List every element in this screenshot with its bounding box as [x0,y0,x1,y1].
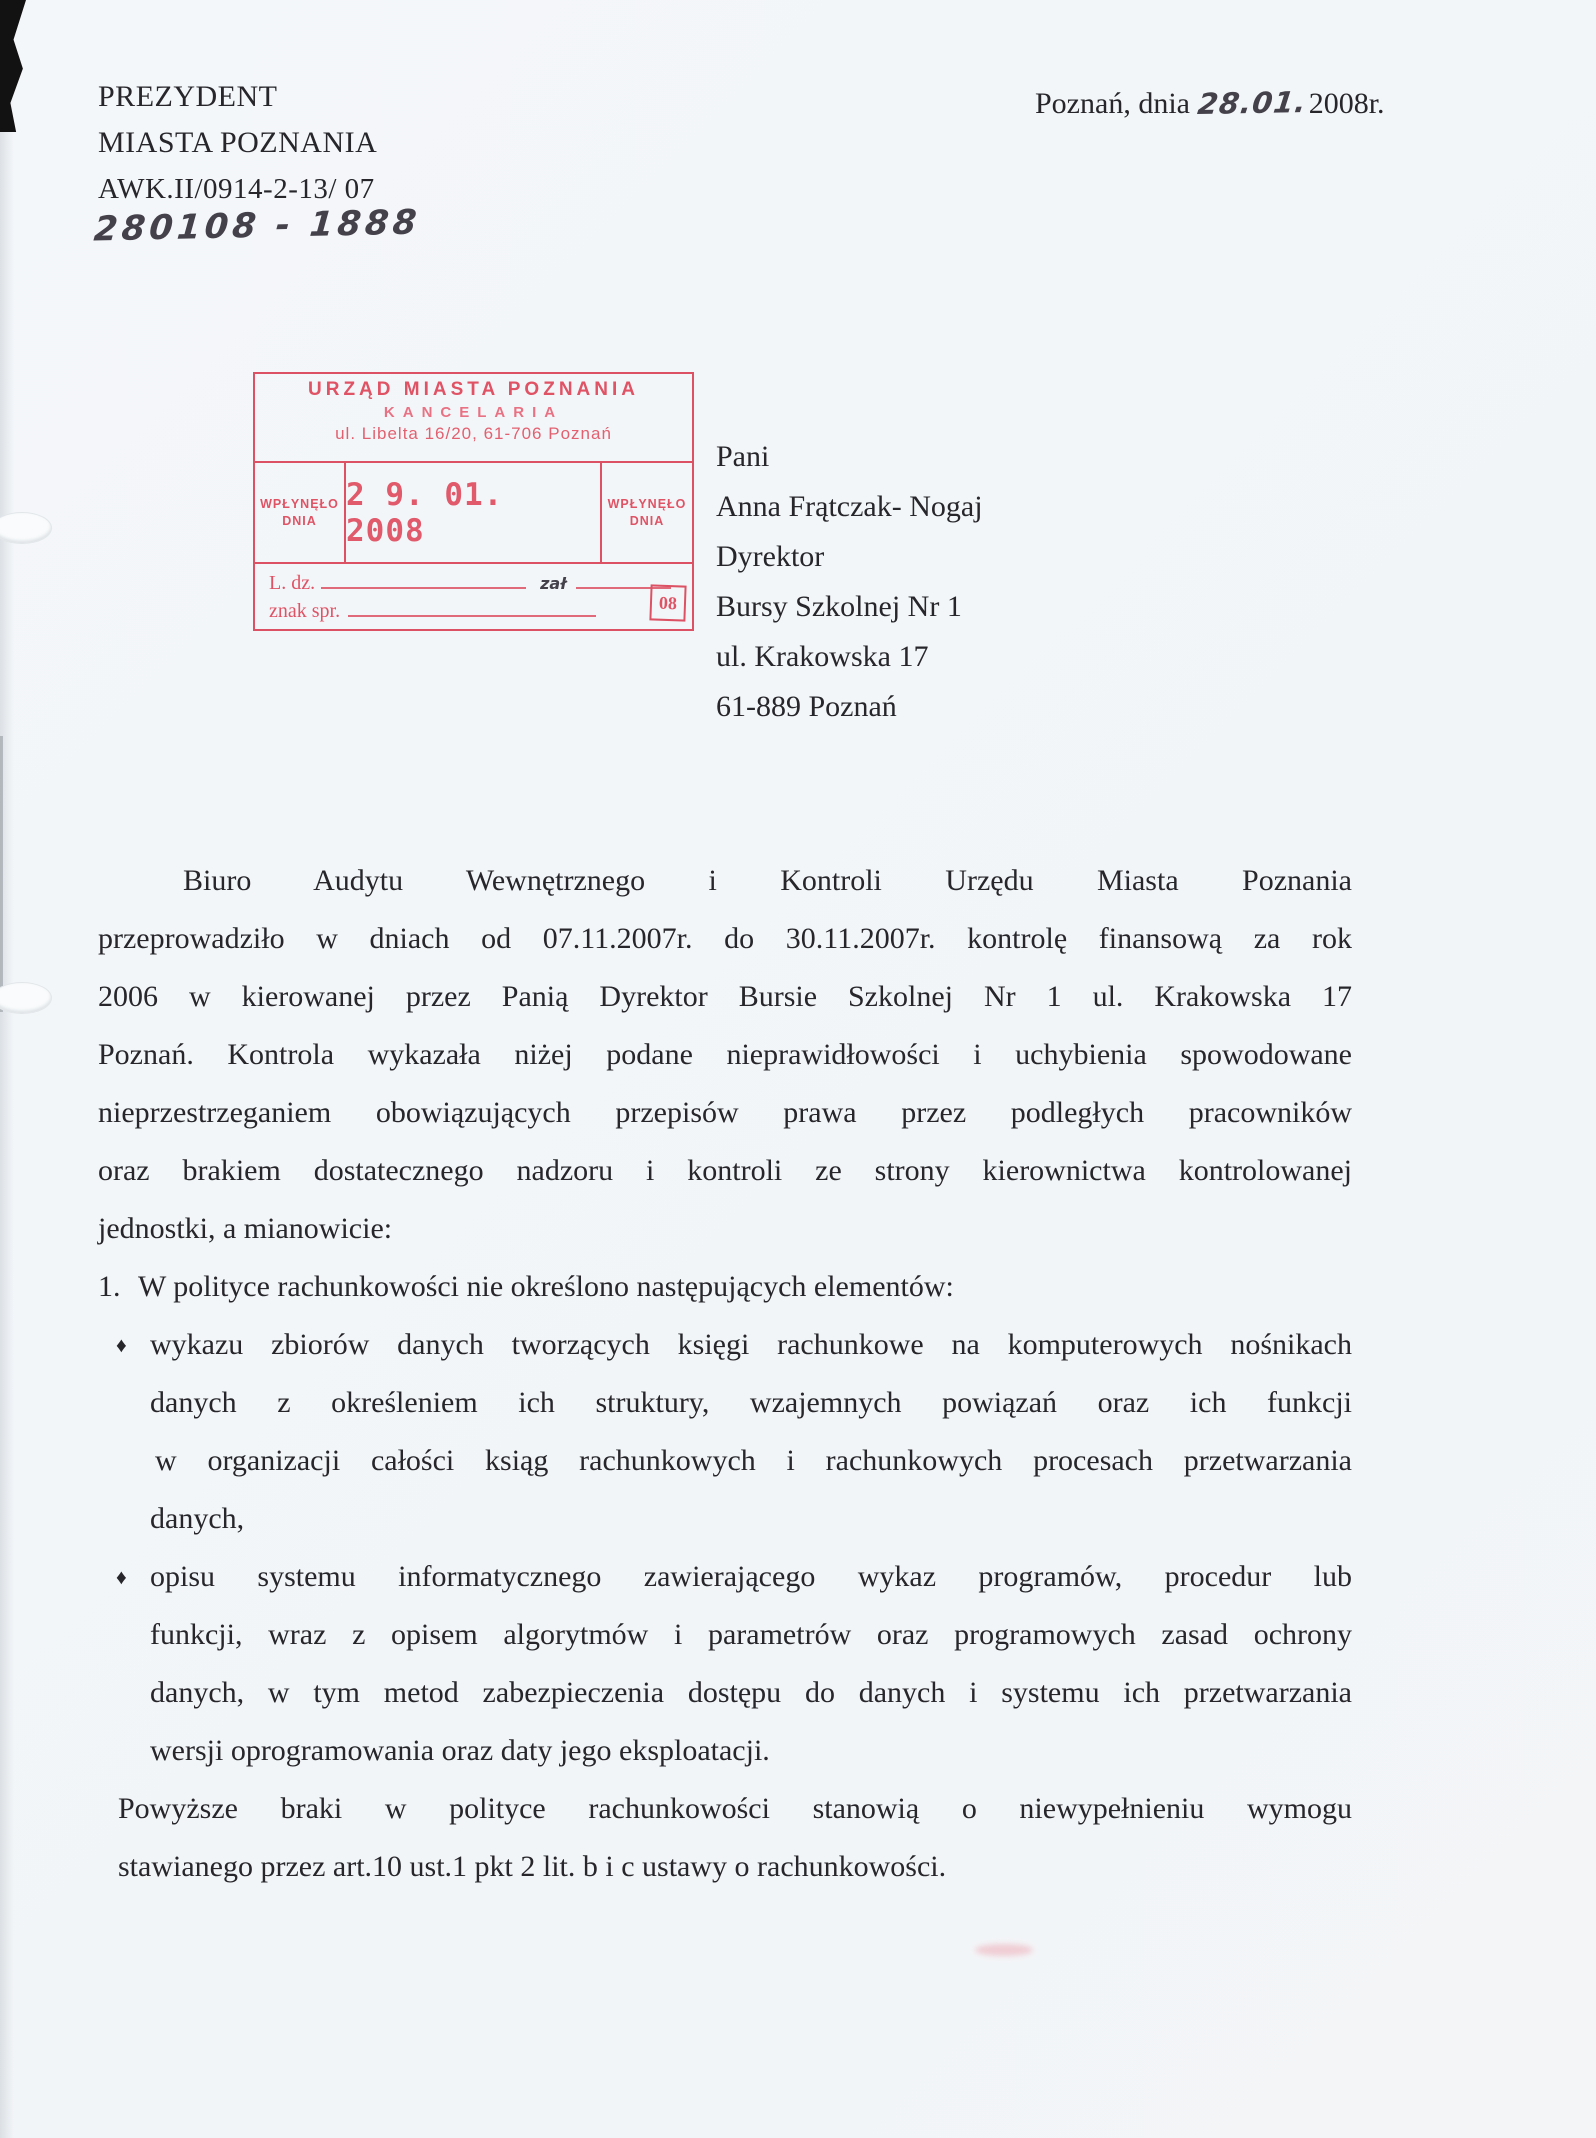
body-line: Powyższe braki w polityce rachunkowości … [98,1780,1352,1838]
handwritten-reference: 280108 - 1888 [92,203,422,250]
body-list-item: 1.W polityce rachunkowości nie określono… [98,1258,1352,1316]
dateline: Poznań, dnia28.01.2008r. [1035,86,1385,121]
scan-artifact-smudge [975,1944,1033,1956]
body-line: 2006 w kierowanej przez Panią Dyrektor B… [98,968,1352,1026]
bullet-text: opisu systemu informatycznego zawierając… [150,1560,1352,1593]
handwritten-date: 28.01. [1196,85,1309,121]
list-item-text: W polityce rachunkowości nie określono n… [138,1270,954,1303]
punch-hole [0,512,52,544]
body-line: jednostki, a mianowicie: [98,1200,1352,1258]
bullet-text: wykazu zbiorów danych tworzących księgi … [150,1328,1352,1361]
recipient-block: Pani Anna Frątczak- Nogaj Dyrektor Bursy… [716,432,983,732]
stamp-znak-row: znak spr. [269,600,680,628]
body-line: stawianego przez art.10 ust.1 pkt 2 lit.… [98,1838,1352,1896]
received-word: DNIA [630,513,665,530]
stamp-ldz-label: L. dz. [269,572,315,594]
sender-city: MIASTA POZNANIA [98,120,377,166]
kancelaria-stamp: URZĄD MIASTA POZNANIA KANCELARIA ul. Lib… [253,372,694,631]
stamp-received-label-right: WPŁYNĘŁO DNIA [600,463,692,562]
scan-artifact-corner [0,0,26,132]
stamp-znak-label: znak spr. [269,600,340,622]
body-line: Poznań. Kontrola wykazała niżej podane n… [98,1026,1352,1084]
body-bullet-line: ♦wykazu zbiorów danych tworzących księgi… [98,1316,1352,1374]
punch-hole [0,982,52,1014]
body-bullet-line: ♦opisu systemu informatycznego zawierają… [98,1548,1352,1606]
body-line: Biuro Audytu Wewnętrznego i Kontroli Urz… [98,852,1352,910]
dateline-prefix: Poznań, dnia [1035,87,1190,120]
scanned-letter-page: PREZYDENT MIASTA POZNANIA AWK.II/0914-2-… [0,0,1596,2138]
stamp-number-box: 08 [649,584,686,621]
stamp-ldz-row: L. dz.zał [269,572,680,600]
received-word: DNIA [282,513,317,530]
stamp-received-date: 2 9. 01. 2008 [346,463,600,562]
body-line: funkcji, wraz z opisem algorytmów i para… [98,1606,1352,1664]
sender-title: PREZYDENT [98,74,377,120]
stamp-received-label-left: WPŁYNĘŁO DNIA [255,463,346,562]
stamp-address: ul. Libelta 16/20, 61-706 Poznań [255,424,692,444]
body-line: danych, w tym metod zabezpieczenia dostę… [98,1664,1352,1722]
dateline-year: 2008r. [1309,87,1385,120]
stamp-registry-section: L. dz.zał znak spr. 08 [255,564,692,629]
body-line: danych, [98,1490,1352,1548]
body-line: oraz brakiem dostatecznego nadzoru i kon… [98,1142,1352,1200]
stamp-zal-label: zał [540,574,566,593]
body-line: nieprzestrzeganiem obowiązujących przepi… [98,1084,1352,1142]
stamp-unit-name: KANCELARIA [255,404,692,421]
recipient-street: ul. Krakowska 17 [716,632,983,682]
bullet-diamond-icon: ♦ [116,1316,127,1374]
recipient-institution: Bursy Szkolnej Nr 1 [716,582,983,632]
received-word: WPŁYNĘŁO [260,496,339,513]
stamp-ldz-line [321,573,526,589]
stamp-received-row: WPŁYNĘŁO DNIA 2 9. 01. 2008 WPŁYNĘŁO DNI… [255,463,692,564]
recipient-salutation: Pani [716,432,983,482]
body-line: przeprowadziło w dniach od 07.11.2007r. … [98,910,1352,968]
sender-block: PREZYDENT MIASTA POZNANIA AWK.II/0914-2-… [98,74,377,212]
stamp-znak-line [348,601,596,617]
letter-body: Biuro Audytu Wewnętrznego i Kontroli Urz… [98,852,1352,1896]
recipient-name: Anna Frątczak- Nogaj [716,482,983,532]
recipient-title: Dyrektor [716,532,983,582]
received-word: WPŁYNĘŁO [608,496,687,513]
bullet-diamond-icon: ♦ [116,1548,127,1606]
body-line: w organizacji całości ksiąg rachunkowych… [98,1432,1352,1490]
recipient-city: 61-889 Poznań [716,682,983,732]
list-item-number: 1. [98,1258,138,1316]
body-line: wersji oprogramowania oraz daty jego eks… [98,1722,1352,1780]
scan-artifact-edge-line [0,736,3,1012]
body-line: danych z określeniem ich struktury, wzaj… [98,1374,1352,1432]
stamp-header: URZĄD MIASTA POZNANIA KANCELARIA ul. Lib… [255,374,692,463]
stamp-office-name: URZĄD MIASTA POZNANIA [255,379,692,401]
